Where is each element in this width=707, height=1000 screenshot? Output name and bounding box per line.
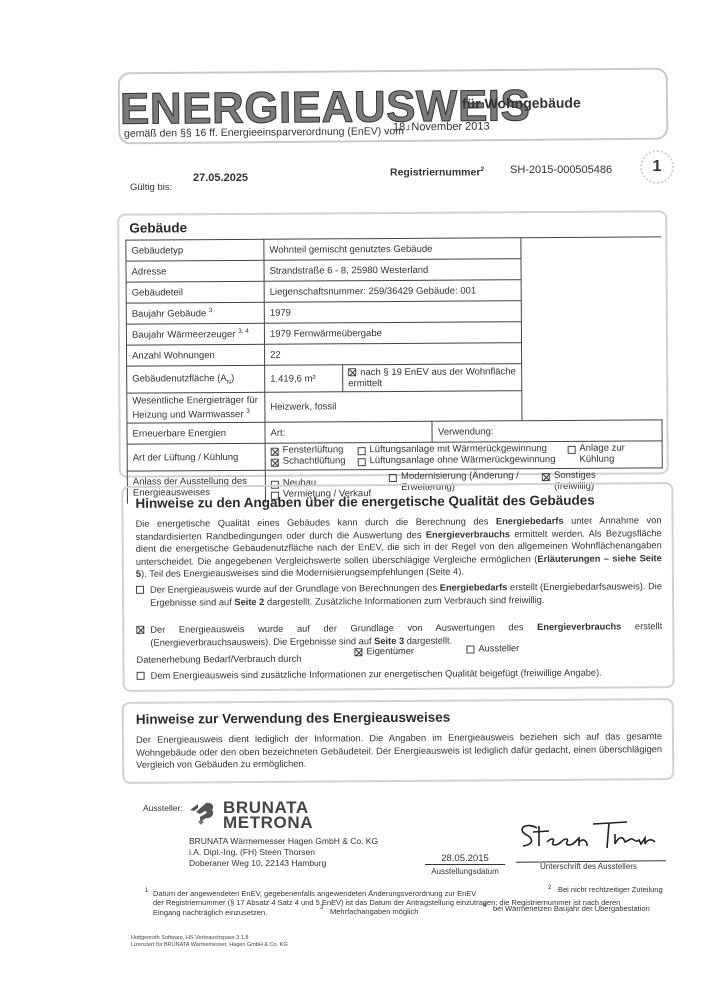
- row-label: Baujahr Wärmeerzeuger 3, 4: [126, 323, 264, 345]
- option-consumption-certificate[interactable]: Der Energieausweis wurde auf der Grundla…: [136, 620, 662, 649]
- registration-number: SH-2015-000505486: [510, 164, 612, 176]
- option-label: Eigentümer: [366, 646, 414, 657]
- row-label: Gebäudeteil: [126, 281, 264, 303]
- quality-notes-title: Hinweise zu den Angaben über die energet…: [135, 493, 594, 511]
- ventilation-column-1: Fensterlüftung Schachtlüftung: [271, 445, 346, 467]
- regulation-reference: gemäß den §§ 16 ff. Energieeinsparverord…: [124, 125, 411, 140]
- checkbox-owner[interactable]: [354, 648, 362, 656]
- row-label: Baujahr Gebäude 3: [126, 302, 264, 324]
- building-photo-area: [521, 237, 662, 421]
- footnote-4: bei Wärmenetzen Baujahr der Übergabestat…: [493, 904, 650, 914]
- software-credits: Hottgenroth Software, HS Verbrauchspass …: [131, 935, 288, 949]
- building-type-value: Wohnteil gemischt genutztes Gebäude: [264, 238, 521, 261]
- regulation-date: 18. November 2013: [393, 121, 490, 134]
- page-number-badge: 1: [640, 150, 674, 184]
- row-label: Gebäudenutzfläche (AN): [127, 365, 265, 393]
- checkbox-ventilation-without-recovery[interactable]: [358, 458, 366, 466]
- option-owner[interactable]: Eigentümer: [354, 646, 414, 657]
- text-run: Der Energieausweis wurde auf der Grundla…: [150, 622, 537, 635]
- ventilation-column-2: Lüftungsanlage mit Wärmerückgewinnung Lü…: [357, 444, 555, 467]
- logo-line-2: METRONA: [223, 815, 313, 830]
- area-note: nach § 19 EnEV aus der Wohnfläche ermitt…: [343, 364, 522, 392]
- checkbox-ventilation-with-recovery[interactable]: [357, 447, 365, 455]
- row-label: Wesentliche Energieträger für Heizung un…: [127, 392, 265, 423]
- text-run-bold: Energieverbrauchs: [426, 529, 510, 540]
- text-run: Die energetische Qualität eines Gebäudes…: [136, 516, 496, 529]
- footnote-marker: 3: [246, 408, 250, 415]
- issuer-details: BRUNATA Wärmemesser Hagen GmbH & Co. KG …: [189, 836, 378, 869]
- text-run: ). Teil des Energieausweises sind die Mo…: [141, 567, 464, 579]
- footnote-1-marker: 1: [145, 887, 148, 897]
- footnote-3-marker: 3: [320, 904, 323, 914]
- energy-carrier-value: Heizwerk, fossil: [265, 391, 522, 423]
- row-label: Anzahl Wohnungen: [127, 344, 265, 366]
- issuer-company: BRUNATA Wärmemesser Hagen GmbH & Co. KG: [189, 836, 378, 847]
- checkbox-window-ventilation[interactable]: [271, 448, 279, 456]
- apartments-value: 22: [264, 343, 521, 366]
- checkbox-issuer[interactable]: [466, 645, 474, 653]
- data-collection-label: Datenerhebung Bedarf/Verbrauch durch: [136, 654, 301, 665]
- option-additional-info[interactable]: Dem Energieausweis sind zusätzliche Info…: [137, 666, 663, 682]
- table-row: Gebäudetyp Wohnteil gemischt genutztes G…: [126, 237, 661, 261]
- credits-line-2: Lizenziert für BRUNATA Wärmemesser, Hage…: [131, 942, 288, 949]
- text-run: Der Energieausweis wurde auf der Grundla…: [150, 583, 440, 595]
- checkbox-demand-certificate[interactable]: [136, 586, 144, 594]
- quality-intro-text: Die energetische Qualität eines Gebäudes…: [136, 514, 662, 581]
- ventilation-options: Fensterlüftung Schachtlüftung Lüftungsan…: [265, 441, 662, 470]
- checkbox-additional-info[interactable]: [137, 672, 145, 680]
- footnote-2-start: Bei nicht rechtzeitiger Zuteilung: [558, 885, 663, 895]
- row-label: Adresse: [126, 260, 264, 282]
- credits-line-1: Hottgenroth Software, HS Verbrauchspass …: [131, 935, 288, 942]
- building-section: Gebäude Gebäudetyp Wohnteil gemischt gen…: [117, 210, 669, 477]
- renewables-type: Art:: [265, 421, 433, 443]
- row-label-end: ): [231, 373, 234, 384]
- issuer-label: Aussteller:: [143, 803, 183, 813]
- text-run-bold: Energiebedarfs: [440, 582, 508, 592]
- page-number: 1: [653, 158, 662, 176]
- year-building-value: 1979: [264, 301, 521, 324]
- brunata-logo-text: BRUNATA METRONA: [223, 800, 313, 830]
- row-label: Erneuerbare Energien: [127, 422, 265, 444]
- renewables-use: Verwendung:: [432, 420, 662, 442]
- brunata-logo-icon: [188, 800, 216, 826]
- checkbox-area-method[interactable]: [348, 368, 356, 376]
- option-label: Lüftungsanlage ohne Wärmerückgewinnung: [370, 455, 556, 467]
- footnote-2-marker: 2: [548, 884, 551, 894]
- checkbox-consumption-certificate[interactable]: [136, 626, 144, 634]
- text-run: dargestellt. Zusätzliche Informationen z…: [264, 595, 544, 607]
- option-label: Aussteller: [478, 643, 519, 654]
- issuer-address: Doberaner Weg 10, 22143 Hamburg: [189, 858, 378, 869]
- issue-date-label: Ausstellungsdatum: [425, 867, 505, 876]
- usage-notes-section: Hinweise zur Verwendung des Energieauswe…: [122, 698, 675, 784]
- option-label: Schachtlüftung: [283, 456, 346, 467]
- usage-notes-title: Hinweise zur Verwendung des Energieauswe…: [136, 710, 450, 727]
- text-run-bold: Energieverbrauchs: [537, 621, 621, 632]
- option-label: Dem Energieausweis sind zusätzliche Info…: [151, 668, 602, 681]
- row-label: Gebäudetyp: [126, 239, 264, 261]
- row-label-text: Gebäudenutzfläche (A: [132, 373, 227, 385]
- ventilation-column-3: Anlage zur Kühlung: [567, 444, 637, 466]
- checkbox-other[interactable]: [542, 473, 550, 481]
- document-subtitle: für Wohngebäude: [462, 94, 581, 111]
- footnote-marker: 3: [209, 307, 213, 314]
- area-note-text: nach § 19 EnEV aus der Wohnfläche ermitt…: [348, 366, 516, 389]
- address-value: Strandstraße 6 - 8, 25980 Westerland: [264, 259, 521, 282]
- checkbox-cooling[interactable]: [567, 446, 575, 454]
- checkbox-modernisation[interactable]: [389, 474, 397, 482]
- year-heater-value: 1979 Fernwärmeübergabe: [264, 322, 521, 345]
- option-issuer[interactable]: Aussteller: [466, 643, 519, 654]
- signature-label: Unterschrift des Ausstellers: [540, 862, 637, 871]
- signature-image: [515, 814, 665, 854]
- row-label-text: Baujahr Gebäude: [132, 308, 207, 319]
- building-section-title: Gebäude: [129, 220, 187, 235]
- footnote-4-marker: 4: [483, 902, 486, 912]
- text-run-bold: Seite 2: [234, 597, 264, 607]
- valid-until-date: 27.05.2025: [193, 172, 248, 184]
- footnote-3: Mehrfachangaben möglich: [330, 907, 418, 917]
- issuer-person: i.A. Dipl.-Ing. (FH) Steen Thorsen: [189, 847, 378, 858]
- table-row: Art der Lüftung / Kühlung Fensterlüftung…: [127, 441, 662, 471]
- footnote-marker: 2: [480, 166, 484, 173]
- option-shaft-ventilation[interactable]: Schachtlüftung: [271, 456, 346, 467]
- regulation-text: gemäß den §§ 16 ff. Energieeinsparverord…: [124, 125, 404, 139]
- text-run-bold: Energiebedarfs: [496, 516, 564, 526]
- quality-notes-section: Hinweise zu den Angaben über die energet…: [121, 482, 674, 692]
- option-label: Anlage zur Kühlung: [579, 444, 637, 466]
- footnote-2-end: Eingang nachträglich einzusetzen.: [153, 908, 267, 918]
- footnote-marker: 3, 4: [238, 328, 249, 335]
- text-run: dargestellt.: [404, 635, 452, 645]
- checkbox-shaft-ventilation[interactable]: [271, 459, 279, 467]
- valid-until-label: Gültig bis:: [130, 182, 172, 193]
- row-label-text: Baujahr Wärmeerzeuger: [132, 329, 236, 341]
- area-value: 1.419,6 m²: [265, 365, 343, 392]
- option-ventilation-without-recovery[interactable]: Lüftungsanlage ohne Wärmerückgewinnung: [358, 455, 556, 467]
- building-table: Gebäudetyp Wohnteil gemischt genutztes G…: [125, 236, 663, 503]
- registration-label-text: Registriernummer: [390, 167, 480, 179]
- option-demand-certificate[interactable]: Der Energieausweis wurde auf der Grundla…: [136, 580, 662, 609]
- registration-label: Registriernummer2: [390, 166, 484, 179]
- option-cooling[interactable]: Anlage zur Kühlung: [567, 444, 637, 466]
- building-part-value: Liegenschaftsnummer: 259/36429 Gebäude: …: [264, 280, 521, 303]
- issue-date: 28.05.2015: [425, 853, 505, 865]
- usage-notes-text: Der Energieausweis dient lediglich der I…: [136, 730, 662, 771]
- row-label-text: Wesentliche Energieträger für Heizung un…: [132, 395, 258, 421]
- text-run-bold: Seite 3: [374, 636, 404, 646]
- row-label: Art der Lüftung / Kühlung: [127, 443, 265, 471]
